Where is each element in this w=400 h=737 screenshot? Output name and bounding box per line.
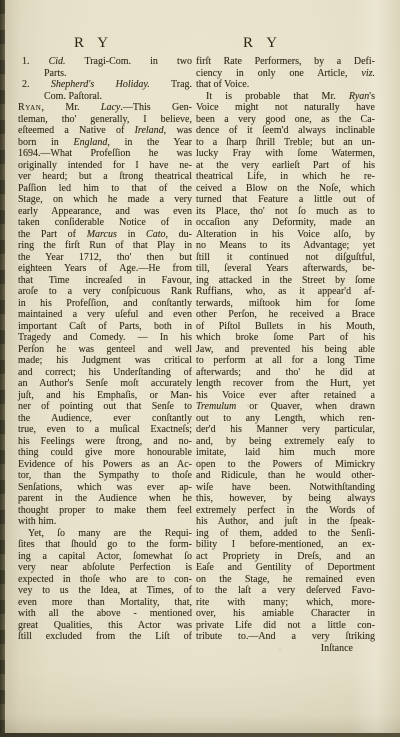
text-line: aroſe to a very conſpicuous Rank xyxy=(18,286,192,298)
running-head-row: R Y R Y xyxy=(0,35,400,51)
text-line: occaſion any Deformity, made an xyxy=(196,217,375,229)
text-line: his Author, and juſt in the ſpeak- xyxy=(196,516,375,528)
text-line: and, by being extremely eaſy to xyxy=(196,436,375,448)
text-line: other Perſon, he received a Brace xyxy=(196,309,375,321)
text-line: Eaſe and Gentility of Deportment xyxy=(196,562,375,574)
text-line: tor, than the Sympathy to thoſe xyxy=(18,470,192,482)
text-line: Alteration in his Voice alſo, by xyxy=(196,229,375,241)
text-line: Tremulum or Quaver, when drawn xyxy=(196,401,375,413)
text-line: vey to us the Idea, at Times, of xyxy=(18,585,192,597)
text-line: out to any Length, which ren- xyxy=(196,413,375,425)
text-line: true, even to a muſical Exactneſs; xyxy=(18,424,192,436)
text-line: terwards, miſtook him for ſome xyxy=(196,298,375,310)
text-line: thing could give more honourable xyxy=(18,447,192,459)
page-left-edge xyxy=(0,0,5,737)
text-line: 1694.—What Profeſſion he was xyxy=(18,148,192,160)
text-line: the Year 1712, tho' then but xyxy=(18,252,192,264)
text-line: to perform at all for a long Time xyxy=(196,355,375,367)
text-line: great Qualities, this Actor was xyxy=(18,620,192,632)
text-line: lucky Fray with ſome Watermen, xyxy=(196,148,375,160)
text-line: parent in the Audience when he xyxy=(18,493,192,505)
text-line: taken conſiderable Notice of in xyxy=(18,217,192,229)
text-line: Evidence of his Powers as an Ac- xyxy=(18,459,192,471)
text-line: made; his Judgment was critical xyxy=(18,355,192,367)
text-line: Parts. xyxy=(18,68,192,80)
running-head-right: R Y xyxy=(243,35,282,52)
text-line: tribute to.—And a very ſtriking xyxy=(196,631,375,643)
text-line: theatrical Life, in which he re- xyxy=(196,171,375,183)
scanned-book-page: R Y R Y 1. Cid. Tragi-Com. in twoParts.2… xyxy=(0,0,400,737)
text-line: the Audience, ever conſtantly xyxy=(18,413,192,425)
text-line: thought proper to make them feel xyxy=(18,505,192,517)
text-line: Jaw, and prevented his being able xyxy=(196,344,375,356)
text-line: his Voice ever after retained a xyxy=(196,390,375,402)
text-line: turned that Feature a little out of xyxy=(196,194,375,206)
text-line: tleman, tho' generally, I believe, xyxy=(18,114,192,126)
text-line: Senſations, which was ever ap- xyxy=(18,482,192,494)
text-line: eſteemed a Native of Ireland, was xyxy=(18,125,192,137)
text-line: which broke ſome Part of his xyxy=(196,332,375,344)
text-line: very near abſolute Perfection is xyxy=(18,562,192,574)
text-line: dence of it ſeem'd always inclinable xyxy=(196,125,375,137)
text-line: to a ſharp ſhrill Treble; but an un- xyxy=(196,137,375,149)
text-line: no Means to its Advantage; yet xyxy=(196,240,375,252)
text-line: early Appearance, and was even xyxy=(18,206,192,218)
text-line: 2. Shepherd's Holiday. Trag. xyxy=(18,79,192,91)
text-line: that of Voice. xyxy=(196,79,375,91)
text-line: maintained a very uſeful and even xyxy=(18,309,192,321)
text-line: and Ridicule, than he would other- xyxy=(196,470,375,482)
text-line: ing attacked in the Street by ſome xyxy=(196,275,375,287)
text-line: bility I before-mentioned, an ex- xyxy=(196,539,375,551)
text-line: an Author's Senſe moſt accurately xyxy=(18,378,192,390)
text-line: over, his amiable Character in xyxy=(196,608,375,620)
text-line: Paſſion led him to that of the xyxy=(18,183,192,195)
text-line: Ryan, Mr. Lacy.—This Gen- xyxy=(18,102,192,114)
text-line: wiſe have been. Notwithſtanding xyxy=(196,482,375,494)
text-line: born in England, in the Year xyxy=(18,137,192,149)
text-line: length recover from the Hurt, yet xyxy=(196,378,375,390)
text-line: open to the Powers of Mimickry xyxy=(196,459,375,471)
text-line: rite with many; which, more- xyxy=(196,597,375,609)
text-line: ing of them, added to the Senſi- xyxy=(196,528,375,540)
text-line: der'd his Manner very particular, xyxy=(196,424,375,436)
text-line: Inſtance xyxy=(196,643,375,655)
text-line: Perſon he was genteel and well xyxy=(18,344,192,356)
text-line: and correct; his Underſtanding of xyxy=(18,367,192,379)
column-left: 1. Cid. Tragi-Com. in twoParts.2. Shephe… xyxy=(18,56,192,654)
text-line: ſites that ſhould go to the form- xyxy=(18,539,192,551)
text-line: 1. Cid. Tragi-Com. in two xyxy=(18,56,192,68)
text-line: even more than Mortality, that, xyxy=(18,597,192,609)
text-line: ing a capital Actor, ſomewhat ſo xyxy=(18,551,192,563)
page-bottom-edge xyxy=(0,733,400,737)
text-line: at the very earlieſt Part of his xyxy=(196,160,375,172)
text-line: Stage, on which he made a very xyxy=(18,194,192,206)
text-line: Com. Paſtoral. xyxy=(18,91,192,103)
text-line: It is probable that Mr. Ryan's xyxy=(196,91,375,103)
text-line: eighteen Years of Age.—He from xyxy=(18,263,192,275)
text-line: extremely perfect in the Words of xyxy=(196,505,375,517)
text-line: this, however, by being always xyxy=(196,493,375,505)
text-line: till, ſeveral Years afterwards, be- xyxy=(196,263,375,275)
text-line: imitate, laid him much more xyxy=(196,447,375,459)
text-line: expected in thoſe who are to con- xyxy=(18,574,192,586)
running-head-left: R Y xyxy=(74,35,113,52)
text-line: Tragedy and Comedy. — In his xyxy=(18,332,192,344)
text-line: on the Stage, he remained even xyxy=(196,574,375,586)
text-line: to the laſt a very deſerved Favo- xyxy=(196,585,375,597)
text-line: with all the above - mentioned xyxy=(18,608,192,620)
column-right: firſt Rate Performers, by a Defi-ciency … xyxy=(196,56,375,654)
text-line: afterwards; and tho' he did at xyxy=(196,367,375,379)
text-line: originally intended for I have ne- xyxy=(18,160,192,172)
text-line: private Life did not a little con- xyxy=(196,620,375,632)
text-line: ring the firſt Run of that Play in xyxy=(18,240,192,252)
text-line: with him. xyxy=(18,516,192,528)
text-line: important Caſt of Parts, both in xyxy=(18,321,192,333)
text-line: of Piſtol Bullets in his Mouth, xyxy=(196,321,375,333)
text-line: its Place, tho' not ſo much as to xyxy=(196,206,375,218)
text-line: in his Profeſſion, and conſtantly xyxy=(18,298,192,310)
text-line: Yet, ſo many are the Requi- xyxy=(18,528,192,540)
text-line: ciency in only one Article, viz. xyxy=(196,68,375,80)
text-line: been a very good one, as the Ca- xyxy=(196,114,375,126)
text-line: juſt, and his Emphaſis, or Man- xyxy=(18,390,192,402)
text-line: ner of pointing out that Senſe to xyxy=(18,401,192,413)
text-line: Voice might not naturally have xyxy=(196,102,375,114)
text-line: act Propriety in Dreſs, and an xyxy=(196,551,375,563)
text-line: Ruffians, who, as it appear'd af- xyxy=(196,286,375,298)
text-line: firſt Rate Performers, by a Defi- xyxy=(196,56,375,68)
text-columns: 1. Cid. Tragi-Com. in twoParts.2. Shephe… xyxy=(18,56,375,654)
text-line: his Feelings were ſtrong, and no- xyxy=(18,436,192,448)
text-line: ver heard; but a ſtrong theatrical xyxy=(18,171,192,183)
text-line: ſtill excluded from the Liſt of xyxy=(18,631,192,643)
text-line: ceived a Blow on the Noſe, which xyxy=(196,183,375,195)
text-line: that Time increaſed in Favour, xyxy=(18,275,192,287)
text-line: the Part of Marcus in Cato, du- xyxy=(18,229,192,241)
text-line: ſtill it continued not diſguſtful, xyxy=(196,252,375,264)
